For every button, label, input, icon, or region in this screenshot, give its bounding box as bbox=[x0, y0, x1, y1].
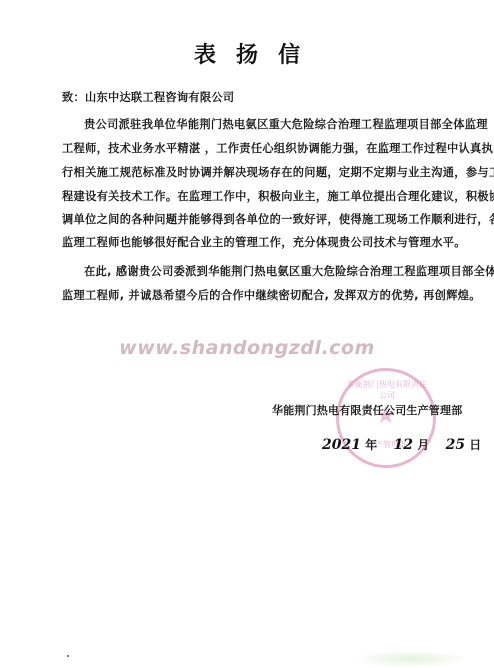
scan-speck bbox=[67, 655, 69, 657]
body-line: 工程师，技术业务水平精湛 ，工作责任心组织协调能力强，在监理工作过程中认真执 bbox=[62, 140, 432, 156]
salutation: 致：山东中达联工程咨询有限公司 bbox=[62, 89, 234, 105]
letter-title: 表扬信 bbox=[0, 38, 494, 69]
letter-page: 表扬信 致：山东中达联工程咨询有限公司 贵公司派驻我单位华能荆门热电氨区重大危险… bbox=[0, 0, 494, 668]
company-seal: 华能荆门热电有限责任公司 ★ 生产管理部 bbox=[336, 368, 436, 468]
body-line: 贵公司派驻我单位华能荆门热电氨区重大危险综合治理工程监理项目部全体监理 bbox=[84, 116, 454, 132]
seal-top-text: 华能荆门热电有限责任公司 bbox=[347, 379, 427, 401]
watermark: www.shandongzdl.com bbox=[0, 337, 494, 359]
body-line: 调单位之间的各种问题并能够得到各单位的一致好评，使得施工现场工作顺利进行，各 bbox=[62, 211, 432, 227]
body-line: 监理工程师, 并诚恳希望今后的合作中继续密切配合, 发挥双方的优势, 再创辉煌。 bbox=[62, 287, 432, 303]
body-line: 程建设有关技术工作。在监理工作中，积极向业主，施工单位提出合理化建议，积极协 bbox=[62, 188, 432, 204]
date-month-label: 月 bbox=[417, 438, 429, 452]
signature: 华能荆门热电有限责任公司生产管理部 bbox=[272, 402, 462, 418]
date-day-label: 日 bbox=[469, 438, 481, 452]
date-year-label: 年 bbox=[365, 438, 377, 452]
date-day: 25 bbox=[446, 437, 465, 453]
body-line: 监理工程师也能够很好配合业主的管理工作，充分体现贵公司技术与管理水平。 bbox=[62, 234, 432, 250]
date-year: 2021 bbox=[322, 437, 361, 453]
scan-tint bbox=[350, 650, 470, 668]
body-line: 行相关施工规范标准及时协调并解决现场存在的问题，定期不定期与业主沟通，参与工 bbox=[62, 164, 432, 180]
date-month: 12 bbox=[394, 437, 413, 453]
body-line: 在此, 感谢贵公司委派到华能荆门热电氨区重大危险综合治理工程监理项目部全体 bbox=[84, 263, 454, 279]
date: 2021 年 12 月 25 日 bbox=[322, 436, 481, 453]
